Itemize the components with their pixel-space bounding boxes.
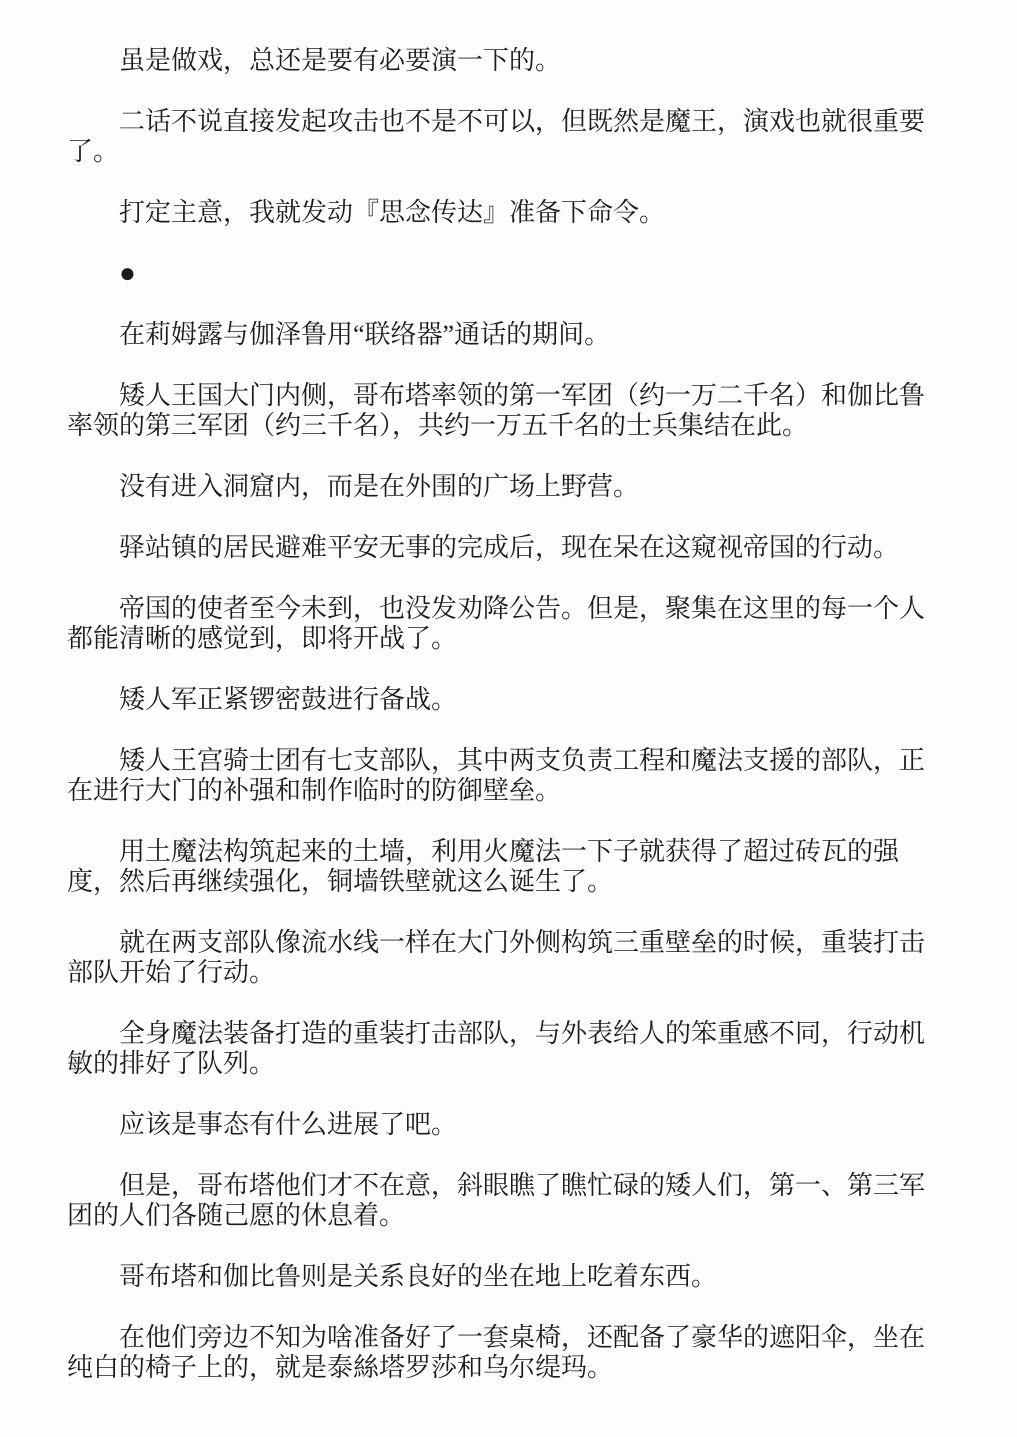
novel-page-body: { "page": { "background_color": "#fdfdfd…: [0, 0, 1017, 1437]
paragraph: 矮人王国大门内侧，哥布塔率领的第一军团（约一万二千名）和伽比鲁 率领的第三军团（…: [67, 381, 947, 441]
paragraph: 用土魔法构筑起来的土墙，利用火魔法一下子就获得了超过砖瓦的强 度，然后再继续强化…: [67, 837, 947, 897]
paragraph: 驿站镇的居民避难平安无事的完成后，现在呆在这窥视帝国的行动。: [67, 533, 947, 563]
section-divider-bullet: ●: [67, 259, 947, 289]
paragraph: 矮人军正紧锣密鼓进行备战。: [67, 685, 947, 715]
novel-text-page: 虽是做戏，总还是要有必要演一下的。 二话不说直接发起攻击也不是不可以，但既然是魔…: [0, 0, 1017, 1437]
paragraph: 全身魔法装备打造的重装打击部队，与外表给人的笨重感不同，行动机 敏的排好了队列。: [67, 1019, 947, 1079]
paragraph: 二话不说直接发起攻击也不是不可以，但既然是魔王，演戏也就很重要 了。: [67, 107, 947, 167]
paragraph: 帝国的使者至今未到，也没发劝降公告。但是，聚集在这里的每一个人 都能清晰的感觉到…: [67, 594, 947, 654]
paragraph: 矮人王宫骑士团有七支部队，其中两支负责工程和魔法支援的部队，正 在进行大门的补强…: [67, 746, 947, 806]
paragraph: 在莉姆露与伽泽鲁用“联络器”通话的期间。: [67, 320, 947, 350]
paragraph: 打定主意，我就发动『思念传达』准备下命令。: [67, 198, 947, 228]
paragraph: 没有进入洞窟内，而是在外围的广场上野营。: [67, 472, 947, 502]
paragraph: 就在两支部队像流水线一样在大门外侧构筑三重壁垒的时候，重装打击 部队开始了行动。: [67, 928, 947, 988]
paragraph: 在他们旁边不知为啥准备好了一套桌椅，还配备了豪华的遮阳伞，坐在 纯白的椅子上的，…: [67, 1323, 947, 1383]
paragraph: 虽是做戏，总还是要有必要演一下的。: [67, 46, 947, 76]
paragraph: 但是，哥布塔他们才不在意，斜眼瞧了瞧忙碌的矮人们，第一、第三军 团的人们各随己愿…: [67, 1171, 947, 1231]
paragraph: 哥布塔和伽比鲁则是关系良好的坐在地上吃着东西。: [67, 1262, 947, 1292]
paragraph: 应该是事态有什么进展了吧。: [67, 1110, 947, 1140]
